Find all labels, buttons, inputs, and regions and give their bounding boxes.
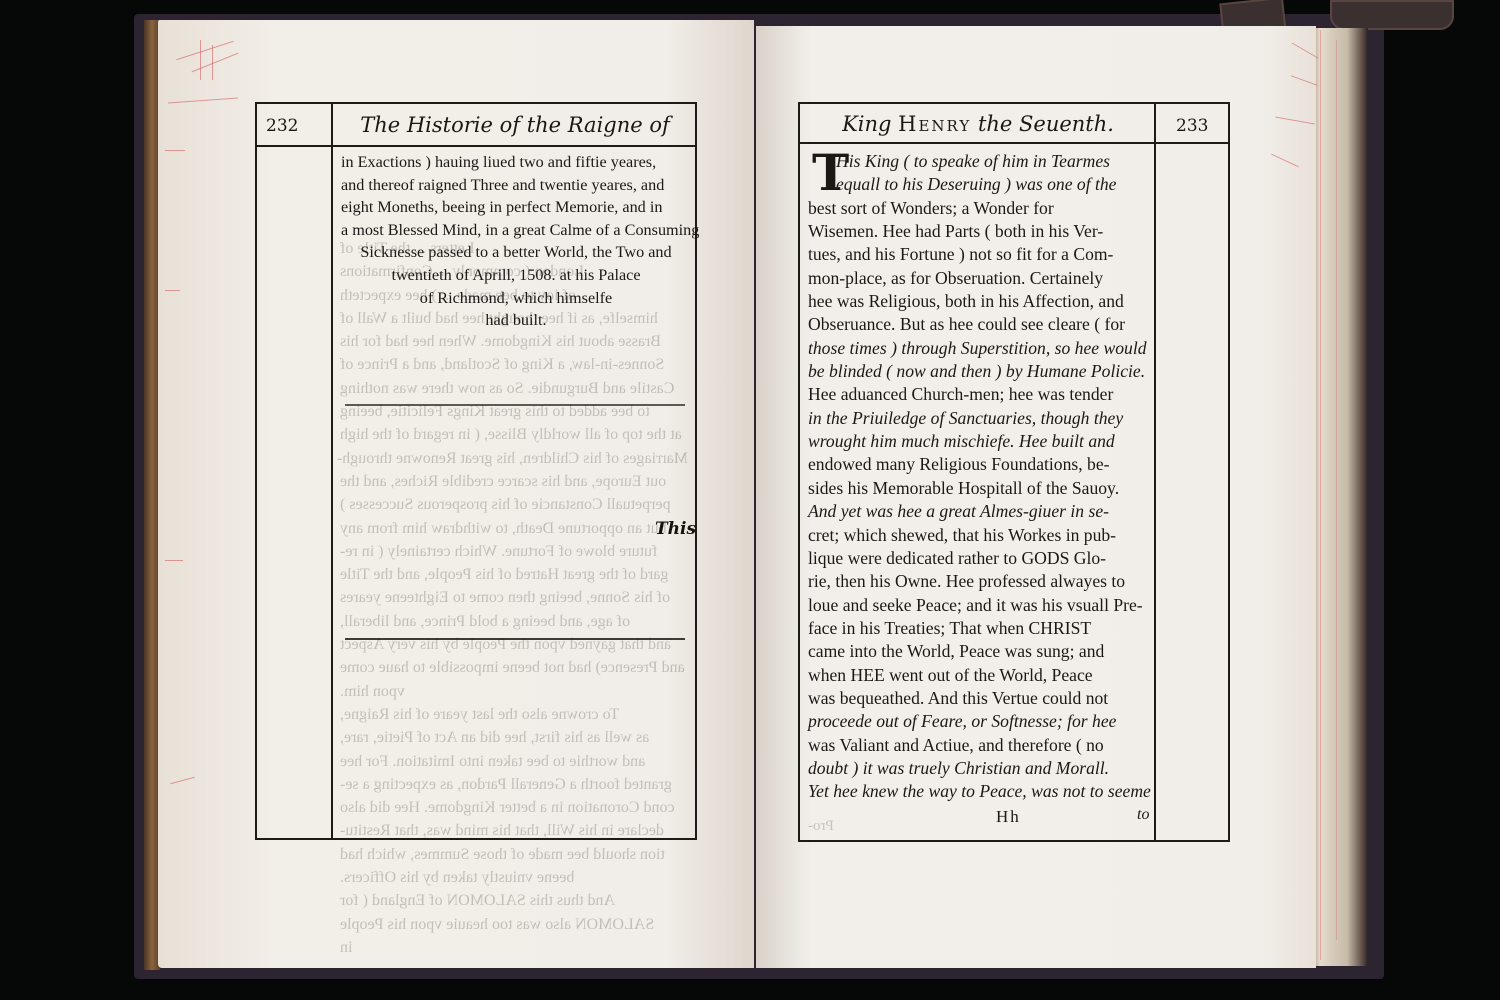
red-stain xyxy=(1320,30,1321,960)
text-line: when HEE went out of the World, Peace xyxy=(808,664,1152,687)
left-page-body: in Exactions ) hauing liued two and fift… xyxy=(341,151,691,332)
running-head-right: King Henry the Seuenth. xyxy=(808,112,1148,136)
red-stain xyxy=(212,45,213,80)
text-line: tues, and his Fortune ) not so fit for a… xyxy=(808,243,1152,266)
text-line: of Richmond, which himselfe xyxy=(341,287,691,310)
right-page-body: His King ( to speake of him in Tearmes e… xyxy=(808,150,1152,804)
text-line: had built. xyxy=(341,309,691,332)
text-line: be blinded ( now and then ) by Humane Po… xyxy=(808,360,1152,383)
signature-mark: Hh xyxy=(996,807,1021,827)
text-line: twentieth of Aprill, 1508. at his Palace xyxy=(341,264,691,287)
text-line: rie, then his Owne. Hee professed alwaye… xyxy=(808,570,1152,593)
text-line: those times ) through Superstition, so h… xyxy=(808,337,1152,360)
text-line: doubt ) it was truely Christian and Mora… xyxy=(808,757,1152,780)
red-stain xyxy=(165,290,180,291)
text-line: best sort of Wonders; a Wonder for xyxy=(808,197,1152,220)
page-number-left: 232 xyxy=(266,116,298,136)
text-line: lique were dedicated rather to GODS Glo- xyxy=(808,547,1152,570)
right-header-rule xyxy=(798,142,1230,144)
text-line: in Exactions ) hauing liued two and fift… xyxy=(341,151,691,174)
text-line: mon-place, as for Obseruation. Certainel… xyxy=(808,267,1152,290)
right-margin-rule xyxy=(1154,102,1156,842)
right-fore-edge-leaves xyxy=(1316,28,1368,966)
show-through-text: Letters ... the Title of London ( common… xyxy=(340,237,688,959)
text-line: Yet hee knew the way to Peace, was not t… xyxy=(808,780,1152,803)
red-stain xyxy=(165,560,183,561)
red-stain xyxy=(200,40,201,80)
show-through-text: Pro- xyxy=(808,818,834,835)
text-line: Obseruance. But as hee could see cleare … xyxy=(808,313,1152,336)
text-line: equall to his Deseruing ) was one of the xyxy=(808,173,1152,196)
text-line: face in his Treaties; That when CHRIST xyxy=(808,617,1152,640)
text-line: was bequeathed. And this Vertue could no… xyxy=(808,687,1152,710)
text-line: endowed many Religious Foundations, be- xyxy=(808,453,1152,476)
red-stain xyxy=(1336,40,1337,940)
text-line: in the Priuiledge of Sanctuaries, though… xyxy=(808,407,1152,430)
text-line: a most Blessed Mind, in a great Calme of… xyxy=(341,219,691,242)
text-line: proceede out of Feare, or Softnesse; for… xyxy=(808,710,1152,733)
red-stain xyxy=(165,150,185,151)
catchword-left: This xyxy=(655,519,696,539)
text-line: came into the World, Peace was sung; and xyxy=(808,640,1152,663)
text-line: Wisemen. Hee had Parts ( both in his Ver… xyxy=(808,220,1152,243)
text-line: And yet was hee a great Almes-giuer in s… xyxy=(808,500,1152,523)
text-line: and thereof raigned Three and twentie ye… xyxy=(341,174,691,197)
text-line: cret; which shewed, that his Workes in p… xyxy=(808,524,1152,547)
text-line: loue and seeke Peace; and it was his vsu… xyxy=(808,594,1152,617)
left-header-rule xyxy=(255,145,697,147)
text-line: sides his Memorable Hospitall of the Sau… xyxy=(808,477,1152,500)
running-head-left: The Historie of the Raigne of xyxy=(340,113,690,137)
left-margin-rule xyxy=(331,102,333,840)
text-line: hee was Religious, both in his Affection… xyxy=(808,290,1152,313)
text-line: Hee aduanced Church-men; hee was tender xyxy=(808,383,1152,406)
text-line: His King ( to speake of him in Tearmes xyxy=(808,150,1152,173)
text-line: wrought him much mischiefe. Hee built an… xyxy=(808,430,1152,453)
catchword-right: to xyxy=(1137,806,1149,824)
text-line: Sicknesse passed to a better World, the … xyxy=(341,241,691,264)
page-number-right: 233 xyxy=(1176,116,1208,136)
cover-leather-fragment xyxy=(1330,0,1454,30)
text-line: was Valiant and Actiue, and therefore ( … xyxy=(808,734,1152,757)
text-line: eight Moneths, beeing in perfect Memorie… xyxy=(341,196,691,219)
